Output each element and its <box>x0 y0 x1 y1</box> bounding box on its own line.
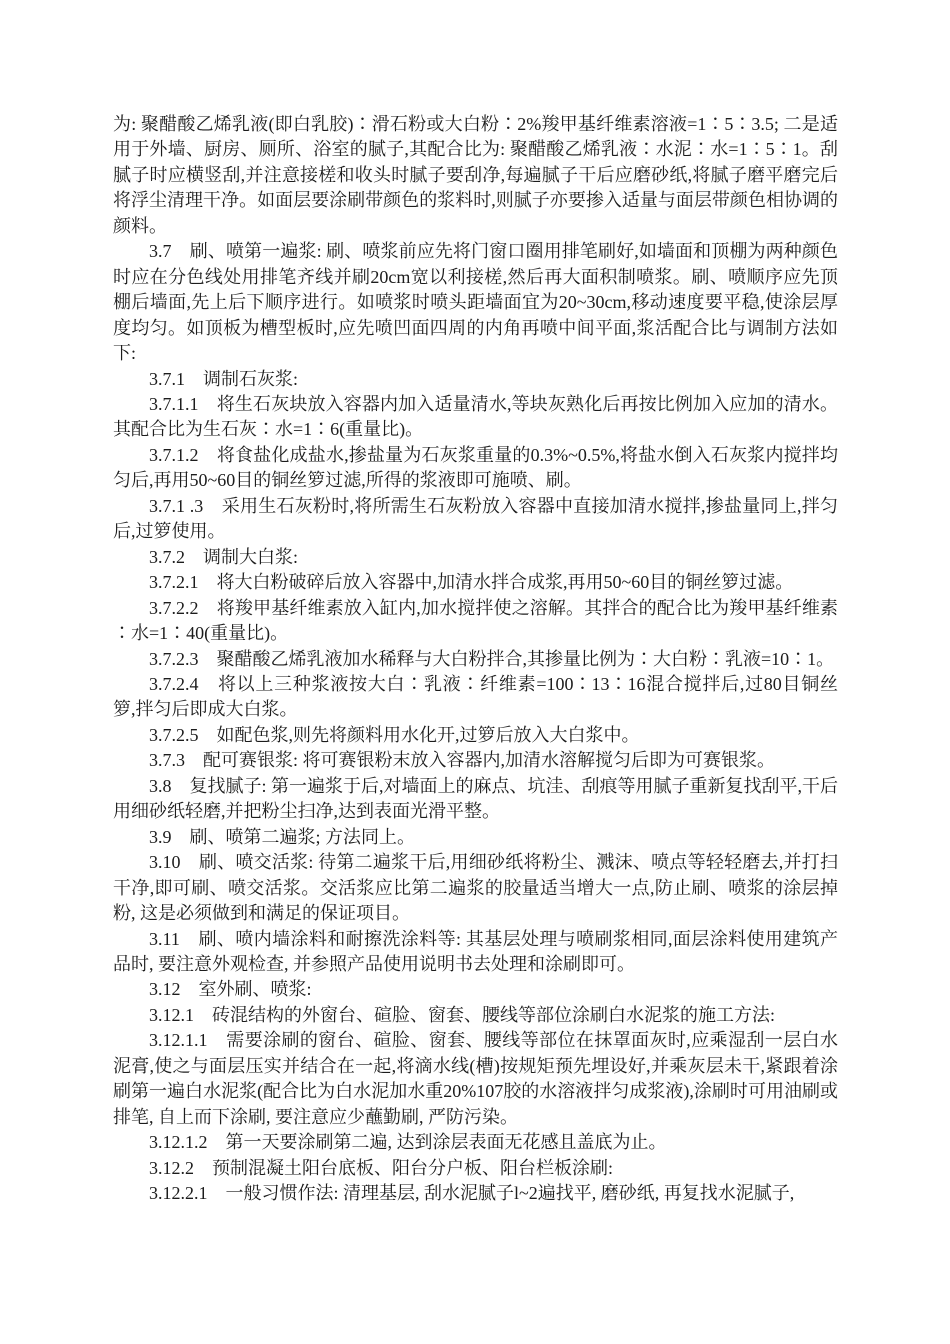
paragraph-3-7-2-4: 3.7.2.4 将以上三种浆液按大白∶乳液∶纤维素=100∶13∶16混合搅拌后… <box>113 672 838 723</box>
paragraph-continuation: 为: 聚醋酸乙烯乳液(即白乳胶)∶滑石粉或大白粉∶2%羧甲基纤维素溶液=1∶5∶… <box>113 112 838 239</box>
paragraph-3-7-2-1: 3.7.2.1 将大白粉破碎后放入容器中,加清水拌合成浆,再用50~60目的铜丝… <box>113 570 838 595</box>
paragraph-3-12-1-1: 3.12.1.1 需要涂刷的窗台、碹脸、窗套、腰线等部位在抹罩面灰时,应乘湿刮一… <box>113 1028 838 1130</box>
paragraph-3-12-2-1: 3.12.2.1 一般习惯作法: 清理基层, 刮水泥腻子l~2遍找平, 磨砂纸,… <box>113 1181 838 1206</box>
document-page: 为: 聚醋酸乙烯乳液(即白乳胶)∶滑石粉或大白粉∶2%羧甲基纤维素溶液=1∶5∶… <box>0 0 950 1344</box>
paragraph-3-7-2-3: 3.7.2.3 聚醋酸乙烯乳液加水稀释与大白粉拌合,其掺量比例为∶大白粉∶乳液=… <box>113 647 838 672</box>
paragraph-3-7-1-3: 3.7.1 .3 采用生石灰粉时,将所需生石灰粉放入容器中直接加清水搅拌,掺盐量… <box>113 494 838 545</box>
paragraph-3-7-1: 3.7.1 调制石灰浆: <box>113 367 838 392</box>
paragraph-3-7: 3.7 刷、喷第一遍浆: 刷、喷浆前应先将门窗口圈用排笔刷好,如墙面和顶棚为两种… <box>113 239 838 366</box>
paragraph-3-12: 3.12 室外刷、喷浆: <box>113 977 838 1002</box>
paragraph-3-7-3: 3.7.3 配可赛银浆: 将可赛银粉末放入容器内,加清水溶解搅匀后即为可赛银浆。 <box>113 748 838 773</box>
document-body: 为: 聚醋酸乙烯乳液(即白乳胶)∶滑石粉或大白粉∶2%羧甲基纤维素溶液=1∶5∶… <box>113 112 838 1206</box>
paragraph-3-7-1-1: 3.7.1.1 将生石灰块放入容器内加入适量清水,等块灰熟化后再按比例加入应加的… <box>113 392 838 443</box>
paragraph-3-12-1-2: 3.12.1.2 第一天要涂刷第二遍, 达到涂层表面无花感且盖底为止。 <box>113 1130 838 1155</box>
paragraph-3-7-2-2: 3.7.2.2 将羧甲基纤维素放入缸内,加水搅拌使之溶解。其拌合的配合比为羧甲基… <box>113 596 838 647</box>
paragraph-3-11: 3.11 刷、喷内墙涂料和耐擦洗涂料等: 其基层处理与喷刷浆相同,面层涂料使用建… <box>113 927 838 978</box>
paragraph-3-7-2-5: 3.7.2.5 如配色浆,则先将颜料用水化开,过箩后放入大白浆中。 <box>113 723 838 748</box>
paragraph-3-12-1: 3.12.1 砖混结构的外窗台、碹脸、窗套、腰线等部位涂刷白水泥浆的施工方法: <box>113 1003 838 1028</box>
paragraph-3-8: 3.8 复找腻子: 第一遍浆于后,对墙面上的麻点、坑洼、刮痕等用腻子重新复找刮平… <box>113 774 838 825</box>
paragraph-3-12-2: 3.12.2 预制混凝土阳台底板、阳台分户板、阳台栏板涂刷: <box>113 1156 838 1181</box>
paragraph-3-7-2: 3.7.2 调制大白浆: <box>113 545 838 570</box>
paragraph-3-10: 3.10 刷、喷交活浆: 待第二遍浆干后,用细砂纸将粉尘、溅沫、喷点等轻轻磨去,… <box>113 850 838 926</box>
paragraph-3-7-1-2: 3.7.1.2 将食盐化成盐水,掺盐量为石灰浆重量的0.3%~0.5%,将盐水倒… <box>113 443 838 494</box>
paragraph-3-9: 3.9 刷、喷第二遍浆; 方法同上。 <box>113 825 838 850</box>
